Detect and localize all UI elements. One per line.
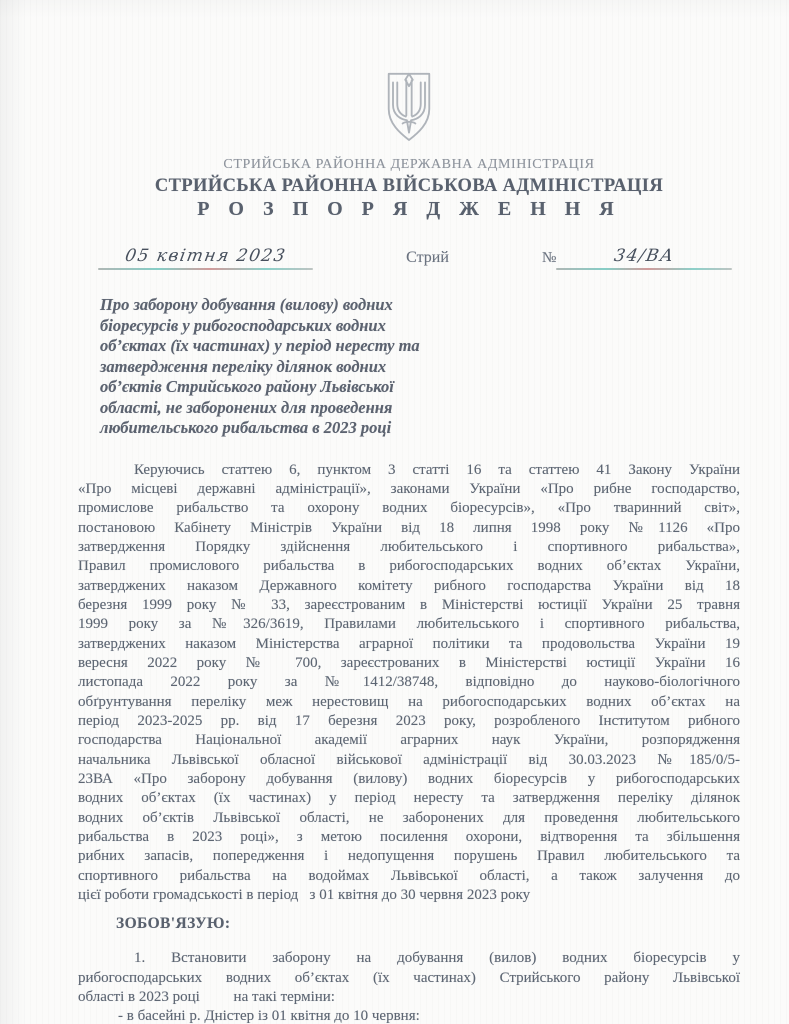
document-line: затверджених наказом Державного комітету… (78, 577, 740, 596)
number-sign: № (542, 250, 556, 269)
document-line: рибогосподарських водних об’єктах (їх ча… (78, 969, 740, 988)
subject-line: біоресурсів у рибогосподарських водних (100, 316, 570, 337)
document-line: Правил промислового рибальства в рибогос… (78, 557, 740, 576)
number-underline (556, 268, 732, 270)
subject-line: затвердження переліку ділянок водних (100, 357, 570, 378)
document-line: «Про місцеві державні адміністрації», за… (78, 480, 740, 499)
document-line: постановою Кабінету Міністрів України ві… (78, 519, 740, 538)
document-line: листопада 2022 року за №1412/38748, відп… (78, 673, 740, 692)
document-line: затверджених наказом Міністерства аграрн… (78, 635, 740, 654)
subject-line: любительського рибальства в 2023 році (100, 418, 570, 439)
document-line: водних об’єктах (їх частинах) у період н… (78, 789, 740, 808)
subject-block: Про заборону добування (вилову) водних б… (100, 295, 570, 439)
date-field: 05 квітня 2023 (98, 246, 313, 269)
document-header (78, 70, 740, 151)
document-line: 1. Встановити заборону на добування (вил… (78, 949, 740, 968)
org-name-state: СТРИЙСЬКА РАЙОННА ДЕРЖАВНА АДМІНІСТРАЦІЯ (78, 157, 740, 173)
preamble-paragraph: Керуючись статтею 6, пунктом 3 статті 16… (78, 461, 740, 906)
document-type-title: Р О З П О Р Я Д Ж Е Н Н Я (78, 198, 740, 221)
document-line: області в 2023 році на такі терміни: (78, 988, 740, 1007)
document-line: 1999 року за №326/3619, Правилами любите… (78, 615, 740, 634)
place-field: Стрий (313, 249, 542, 269)
handwritten-date: 05 квітня 2023 (123, 246, 288, 269)
document-line: спортивного рибальства на водоймах Львів… (78, 867, 740, 886)
document-line: начальника Львівської обласної військово… (78, 751, 740, 770)
document-line: рибальства в 2023 році», з метою посилен… (78, 828, 740, 847)
document-line: затвердження Порядку здійснення любитель… (78, 538, 740, 557)
document-line: вересня 2022 року № 700, зареєстрованих … (78, 654, 740, 673)
document-line: обґрунтування переліку меж нерестовищ на… (78, 693, 740, 712)
scanned-document-page: СТРИЙСЬКА РАЙОННА ДЕРЖАВНА АДМІНІСТРАЦІЯ… (0, 0, 789, 1024)
document-line: рибних запасів, попередження і недопущен… (78, 847, 740, 866)
document-line: період 2023-2025 рр. від 17 березня 2023… (78, 712, 740, 731)
document-meta-row: 05 квітня 2023 Стрий № 34/ВА (78, 237, 740, 269)
subject-line: об’єктах (їх частинах) у період нересту … (100, 336, 570, 357)
basin-term-line: - в басейні р. Дністер із 01 квітня до 1… (118, 1007, 740, 1024)
document-line: Керуючись статтею 6, пунктом 3 статті 16… (78, 461, 740, 480)
document-line: господарства Національної академії аграр… (78, 731, 740, 750)
preamble-lines: «Про місцеві державні адміністрації», за… (78, 480, 740, 886)
resolution-heading: ЗОБОВ'ЯЗУЮ: (116, 915, 740, 933)
coat-of-arms-ukraine-icon (377, 70, 441, 146)
document-line: промислове рибальство та охорону водних … (78, 499, 740, 518)
document-line: 23ВА «Про заборону добування (вилову) во… (78, 770, 740, 789)
subject-line: Про заборону добування (вилову) водних (100, 295, 570, 316)
number-value-wrap: 34/ВА (556, 246, 732, 269)
date-underline (98, 268, 313, 270)
org-name-military: СТРИЙСЬКА РАЙОННА ВІЙСЬКОВА АДМІНІСТРАЦІ… (78, 176, 740, 197)
document-line: водних об’єктів Львівської області, не з… (78, 809, 740, 828)
subject-line: об’єктів Стрийського району Львівської (100, 377, 570, 398)
document-line: березня 1999 року № 33, зареєстрованим в… (78, 596, 740, 615)
subject-line: області, не заборонених для проведення (100, 398, 570, 419)
document-line: цієї роботи громадськості в період з 01 … (78, 886, 740, 905)
handwritten-number: 34/ВА (612, 246, 676, 269)
item-1-paragraph: 1. Встановити заборону на добування (вил… (78, 949, 740, 1024)
number-field: № 34/ВА (542, 246, 732, 269)
